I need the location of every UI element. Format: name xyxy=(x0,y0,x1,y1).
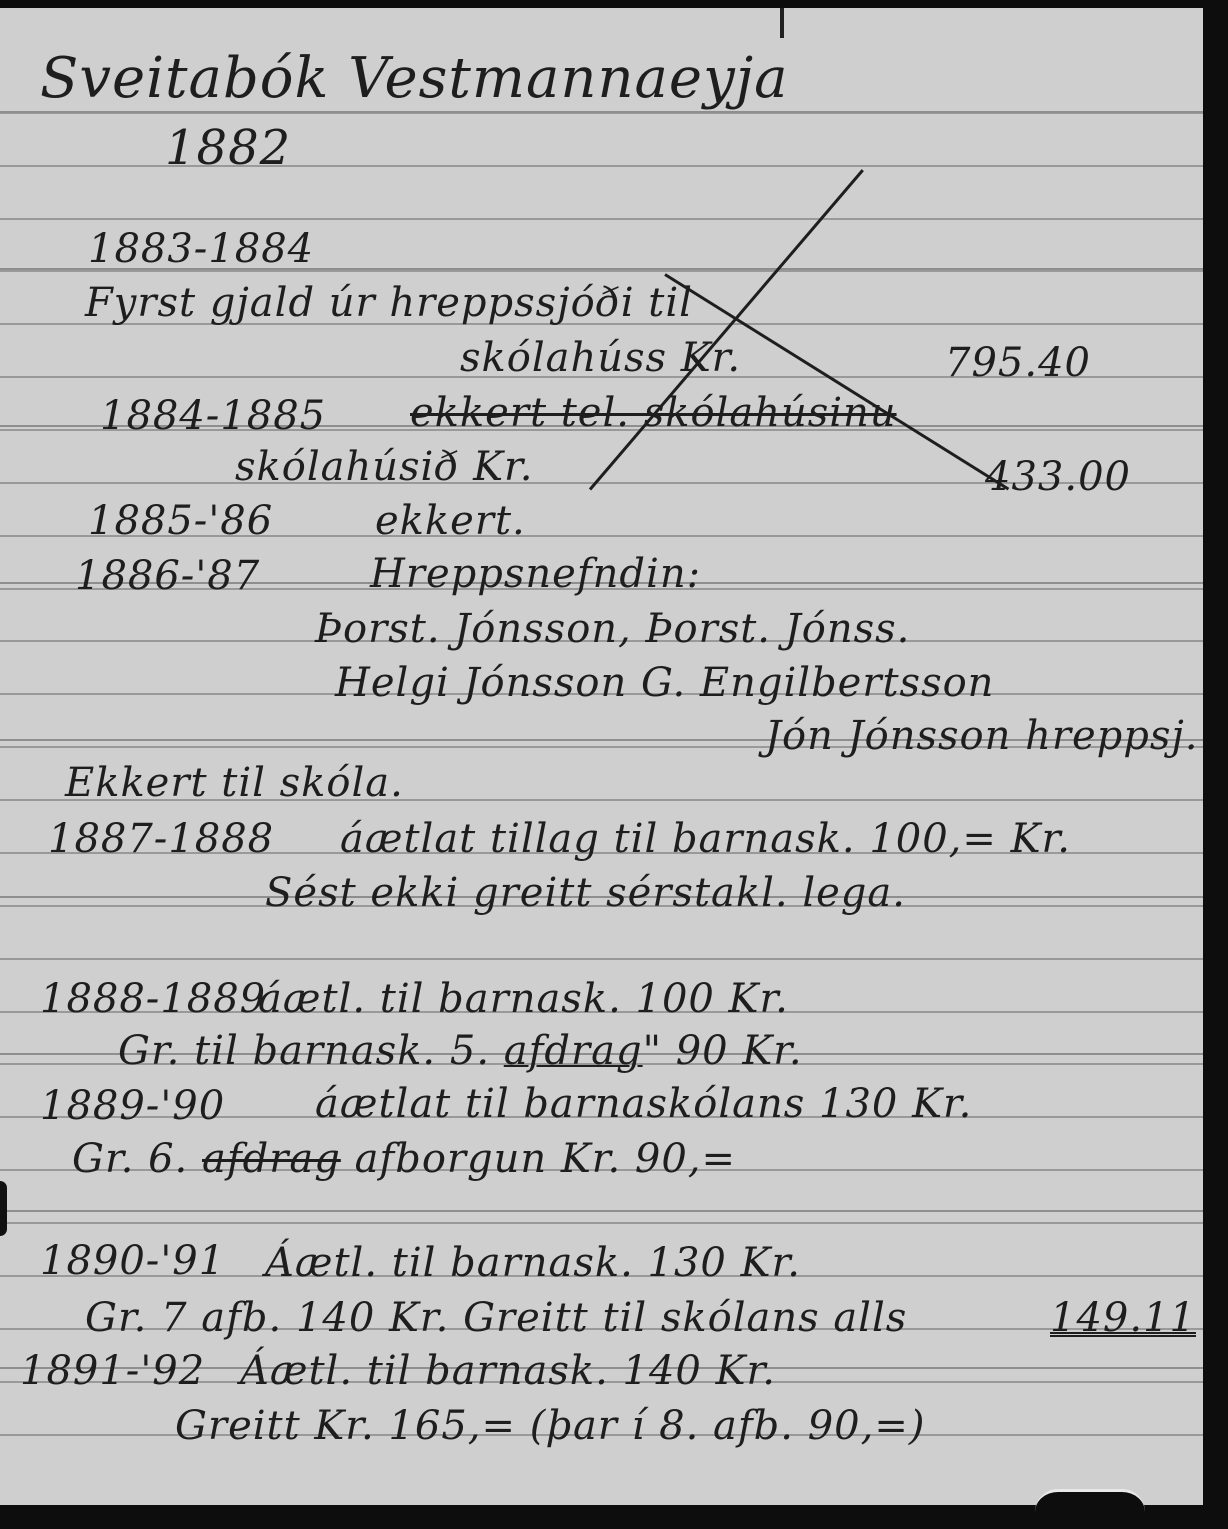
entry-period: 1888-1889 xyxy=(40,976,266,1022)
binding-mark xyxy=(780,8,784,38)
entry-amount: 795.40 xyxy=(945,340,1091,386)
entry-text: áætl. til barnask. 100 Kr. xyxy=(258,976,789,1022)
entry-period: 1886-'87 xyxy=(75,553,260,599)
page-year: 1882 xyxy=(165,120,291,176)
page-tab-cutout xyxy=(1035,1489,1145,1512)
entry-text: Áætl. til barnask. 130 Kr. xyxy=(265,1240,801,1286)
entry-text: Áætl. til barnask. 140 Kr. xyxy=(240,1348,776,1394)
entry-period: 1891-'92 xyxy=(20,1348,205,1394)
entry-text: Hreppsnefndin: xyxy=(370,551,701,597)
entry-text: Gr. 7 afb. 140 Kr. Greitt til skólans al… xyxy=(85,1295,907,1341)
entry-text: Jón Jónsson hreppsj. xyxy=(765,713,1199,759)
entry-text-post: " 90 Kr. xyxy=(643,1028,803,1074)
entry-period: 1890-'91 xyxy=(40,1238,225,1284)
ruled-line xyxy=(0,1222,1203,1224)
entry-text: Fyrst gjald úr hreppssjóði til xyxy=(85,280,693,326)
entry-period: 1883-1884 xyxy=(88,226,314,272)
entry-amount: 433.00 xyxy=(985,454,1131,500)
page-title: Sveitabók Vestmannaeyja xyxy=(40,46,788,111)
entry-text-pre: Gr. til barnask. 5. xyxy=(118,1028,490,1074)
underlined-term: afdrag xyxy=(504,1028,643,1074)
entry-text: skólahúsið Kr. xyxy=(235,444,533,490)
entry-text-post: afborgun Kr. 90,= xyxy=(355,1136,736,1182)
ruled-line xyxy=(0,218,1203,220)
entry-text: Greitt Kr. 165,= (þar í 8. afb. 90,=) xyxy=(175,1403,925,1449)
entry-text: Sést ekki greitt sérstakl. lega. xyxy=(265,870,906,916)
entry-text: ekkert. xyxy=(375,498,526,544)
entry-text: Helgi Jónsson G. Engilbertsson xyxy=(335,660,994,706)
entry-text: Þorst. Jónsson, Þorst. Jónss. xyxy=(315,606,910,652)
entry-period: 1884-1885 xyxy=(100,393,326,439)
entry-text-pre: Gr. 6. xyxy=(72,1136,188,1182)
ledger-page: Sveitabók Vestmannaeyja 1882 1883-1884 F… xyxy=(0,8,1203,1505)
ruled-line xyxy=(0,112,1203,114)
punch-hole xyxy=(0,1181,7,1236)
ruled-line xyxy=(0,958,1203,960)
entry-period: 1887-1888 xyxy=(48,816,274,862)
entry-text: áætlat tillag til barnask. 100,= Kr. xyxy=(340,816,1071,862)
entry-amount: 149.11 xyxy=(1050,1295,1196,1341)
entry-text: Ekkert til skóla. xyxy=(65,760,404,806)
entry-text: Gr. til barnask. 5. afdrag" 90 Kr. xyxy=(118,1028,803,1074)
entry-text: áætlat til barnaskólans 130 Kr. xyxy=(315,1081,972,1127)
entry-period: 1889-'90 xyxy=(40,1083,225,1129)
entry-period: 1885-'86 xyxy=(88,498,273,544)
entry-text: Gr. 6. afdrag afborgun Kr. 90,= xyxy=(72,1136,736,1182)
struck-text: afdrag xyxy=(202,1136,341,1182)
